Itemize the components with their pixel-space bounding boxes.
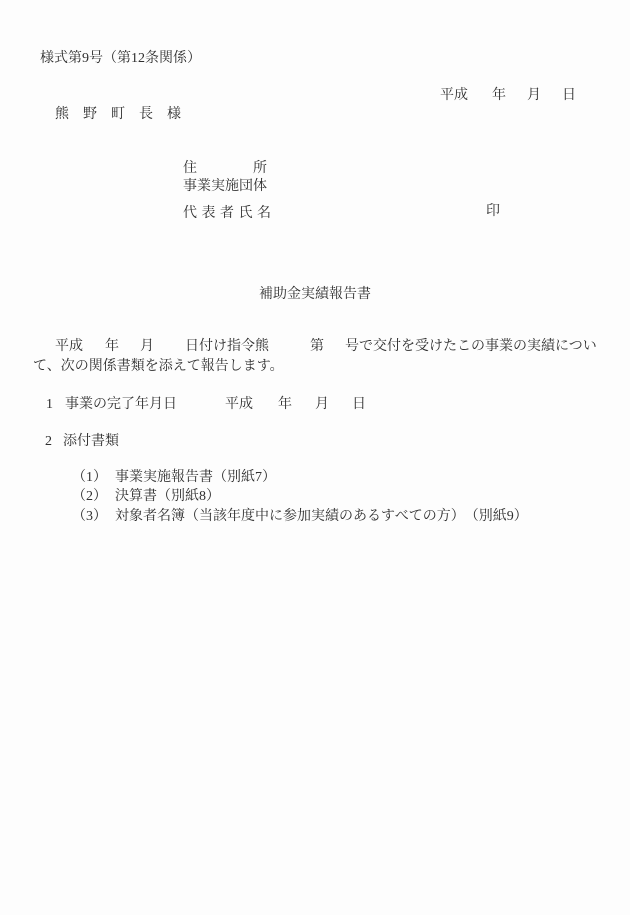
attachment-item: （3）対象者名簿（当該年度中に参加実績のあるすべての方） （別紙9）: [58, 493, 528, 541]
attachment-number: （3）: [72, 509, 107, 524]
organization-label: 事業実施団体: [183, 179, 267, 195]
item1-date-era-label: 平成: [225, 397, 253, 413]
body-text-line1: 号で交付を受けたこの事業の実績につい: [345, 339, 597, 355]
body-text-line2: て、次の関係書類を添えて報告します。: [33, 359, 284, 375]
item2-number: 2: [45, 434, 52, 450]
form-number: 様式第9号（第12条関係）: [40, 51, 201, 67]
address-label: 住所: [183, 161, 323, 177]
document-title: 補助金実績報告書: [0, 287, 630, 303]
date-year-label: 年: [492, 88, 506, 104]
body-month-label: 月: [140, 339, 154, 355]
item2-label: 添付書類: [63, 434, 119, 450]
seal-mark: 印: [486, 204, 500, 220]
directive-text: 日付け指令熊: [185, 339, 269, 355]
date-era-label: 平成: [440, 88, 468, 104]
item1-date-month-label: 月: [315, 397, 329, 413]
attachment-text: 対象者名簿（当該年度中に参加実績のあるすべての方） （別紙9）: [115, 509, 528, 524]
item1-number: 1: [46, 397, 53, 413]
date-day-label: 日: [562, 88, 576, 104]
item1-date-year-label: 年: [278, 397, 292, 413]
recipient-line: 熊 野 町 長 様: [55, 107, 181, 123]
body-era-label: 平成: [55, 339, 83, 355]
item1-label: 事業の完了年月日: [65, 397, 177, 413]
item1-date-day-label: 日: [352, 397, 366, 413]
date-month-label: 月: [527, 88, 541, 104]
document-page: 様式第9号（第12条関係） 平成 年 月 日 熊 野 町 長 様 住所 事業実施…: [0, 0, 630, 915]
representative-label: 代表者氏名: [183, 206, 276, 222]
body-year-label: 年: [105, 339, 119, 355]
directive-number-prefix: 第: [310, 339, 324, 355]
